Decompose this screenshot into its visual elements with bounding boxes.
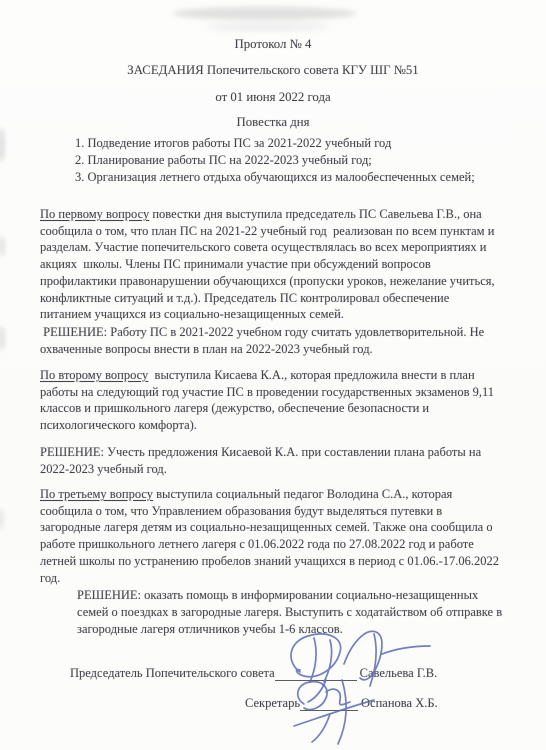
scan-artifact-left-edge (0, 508, 4, 530)
chairman-signature-row: Председатель Попечительского совета Саве… (70, 666, 437, 681)
chairman-name: Савельева Г.В. (357, 666, 438, 681)
scan-artifact-left-edge (0, 236, 5, 256)
secretary-name: Оспанова Х.Б. (358, 696, 438, 711)
scan-artifact-top (172, 7, 357, 20)
section-1-lead: По первому вопросу (40, 207, 149, 221)
secretary-signature-line (300, 697, 358, 711)
section-1-body: повестки дня выступила председатель ПС С… (40, 207, 495, 321)
section-3-paragraph: По третьему вопросу выступила социальный… (40, 486, 546, 586)
decision-1-paragraph: РЕШЕНИЕ: Работу ПС в 2021-2022 учебном г… (40, 324, 546, 357)
chairman-signature-line (275, 667, 357, 681)
section-2-paragraph: По второму вопросу выступила Кисаева К.А… (40, 367, 546, 434)
agenda-list: 1. Подведение итогов работы ПС за 2021-2… (75, 135, 546, 187)
section-2-lead: По второму вопросу (40, 368, 148, 382)
scan-artifact-left-edge (0, 128, 5, 162)
chairman-role-label: Председатель Попечительского совета (70, 666, 275, 681)
secretary-signature-image (286, 674, 386, 749)
scan-artifact-top-faint (205, 23, 330, 31)
meeting-subtitle: ЗАСЕДАНИЯ Попечительского совета КГУ ШГ … (0, 63, 546, 77)
section-3-body: выступила социальный педагог Володина С.… (40, 487, 499, 585)
agenda-heading: Повестка дня (0, 115, 546, 129)
secretary-role-label: Секретарь (245, 696, 300, 711)
section-1-paragraph: По первому вопросу повестки дня выступил… (40, 206, 546, 323)
scan-artifact-left-edge (0, 326, 5, 350)
secretary-signature-row: Секретарь Оспанова Х.Б. (245, 696, 438, 711)
section-3-lead: По третьему вопросу (40, 487, 153, 501)
page-title: Протокол № 4 (0, 37, 546, 51)
date-line: от 01 июня 2022 года (0, 90, 546, 104)
decision-3-paragraph: РЕШЕНИЕ: оказать помощь в информировании… (77, 587, 546, 638)
document-page: Протокол № 4 ЗАСЕДАНИЯ Попечительского с… (0, 0, 546, 750)
decision-2-paragraph: РЕШЕНИЕ: Учесть предложения Кисаевой К.А… (40, 444, 546, 477)
